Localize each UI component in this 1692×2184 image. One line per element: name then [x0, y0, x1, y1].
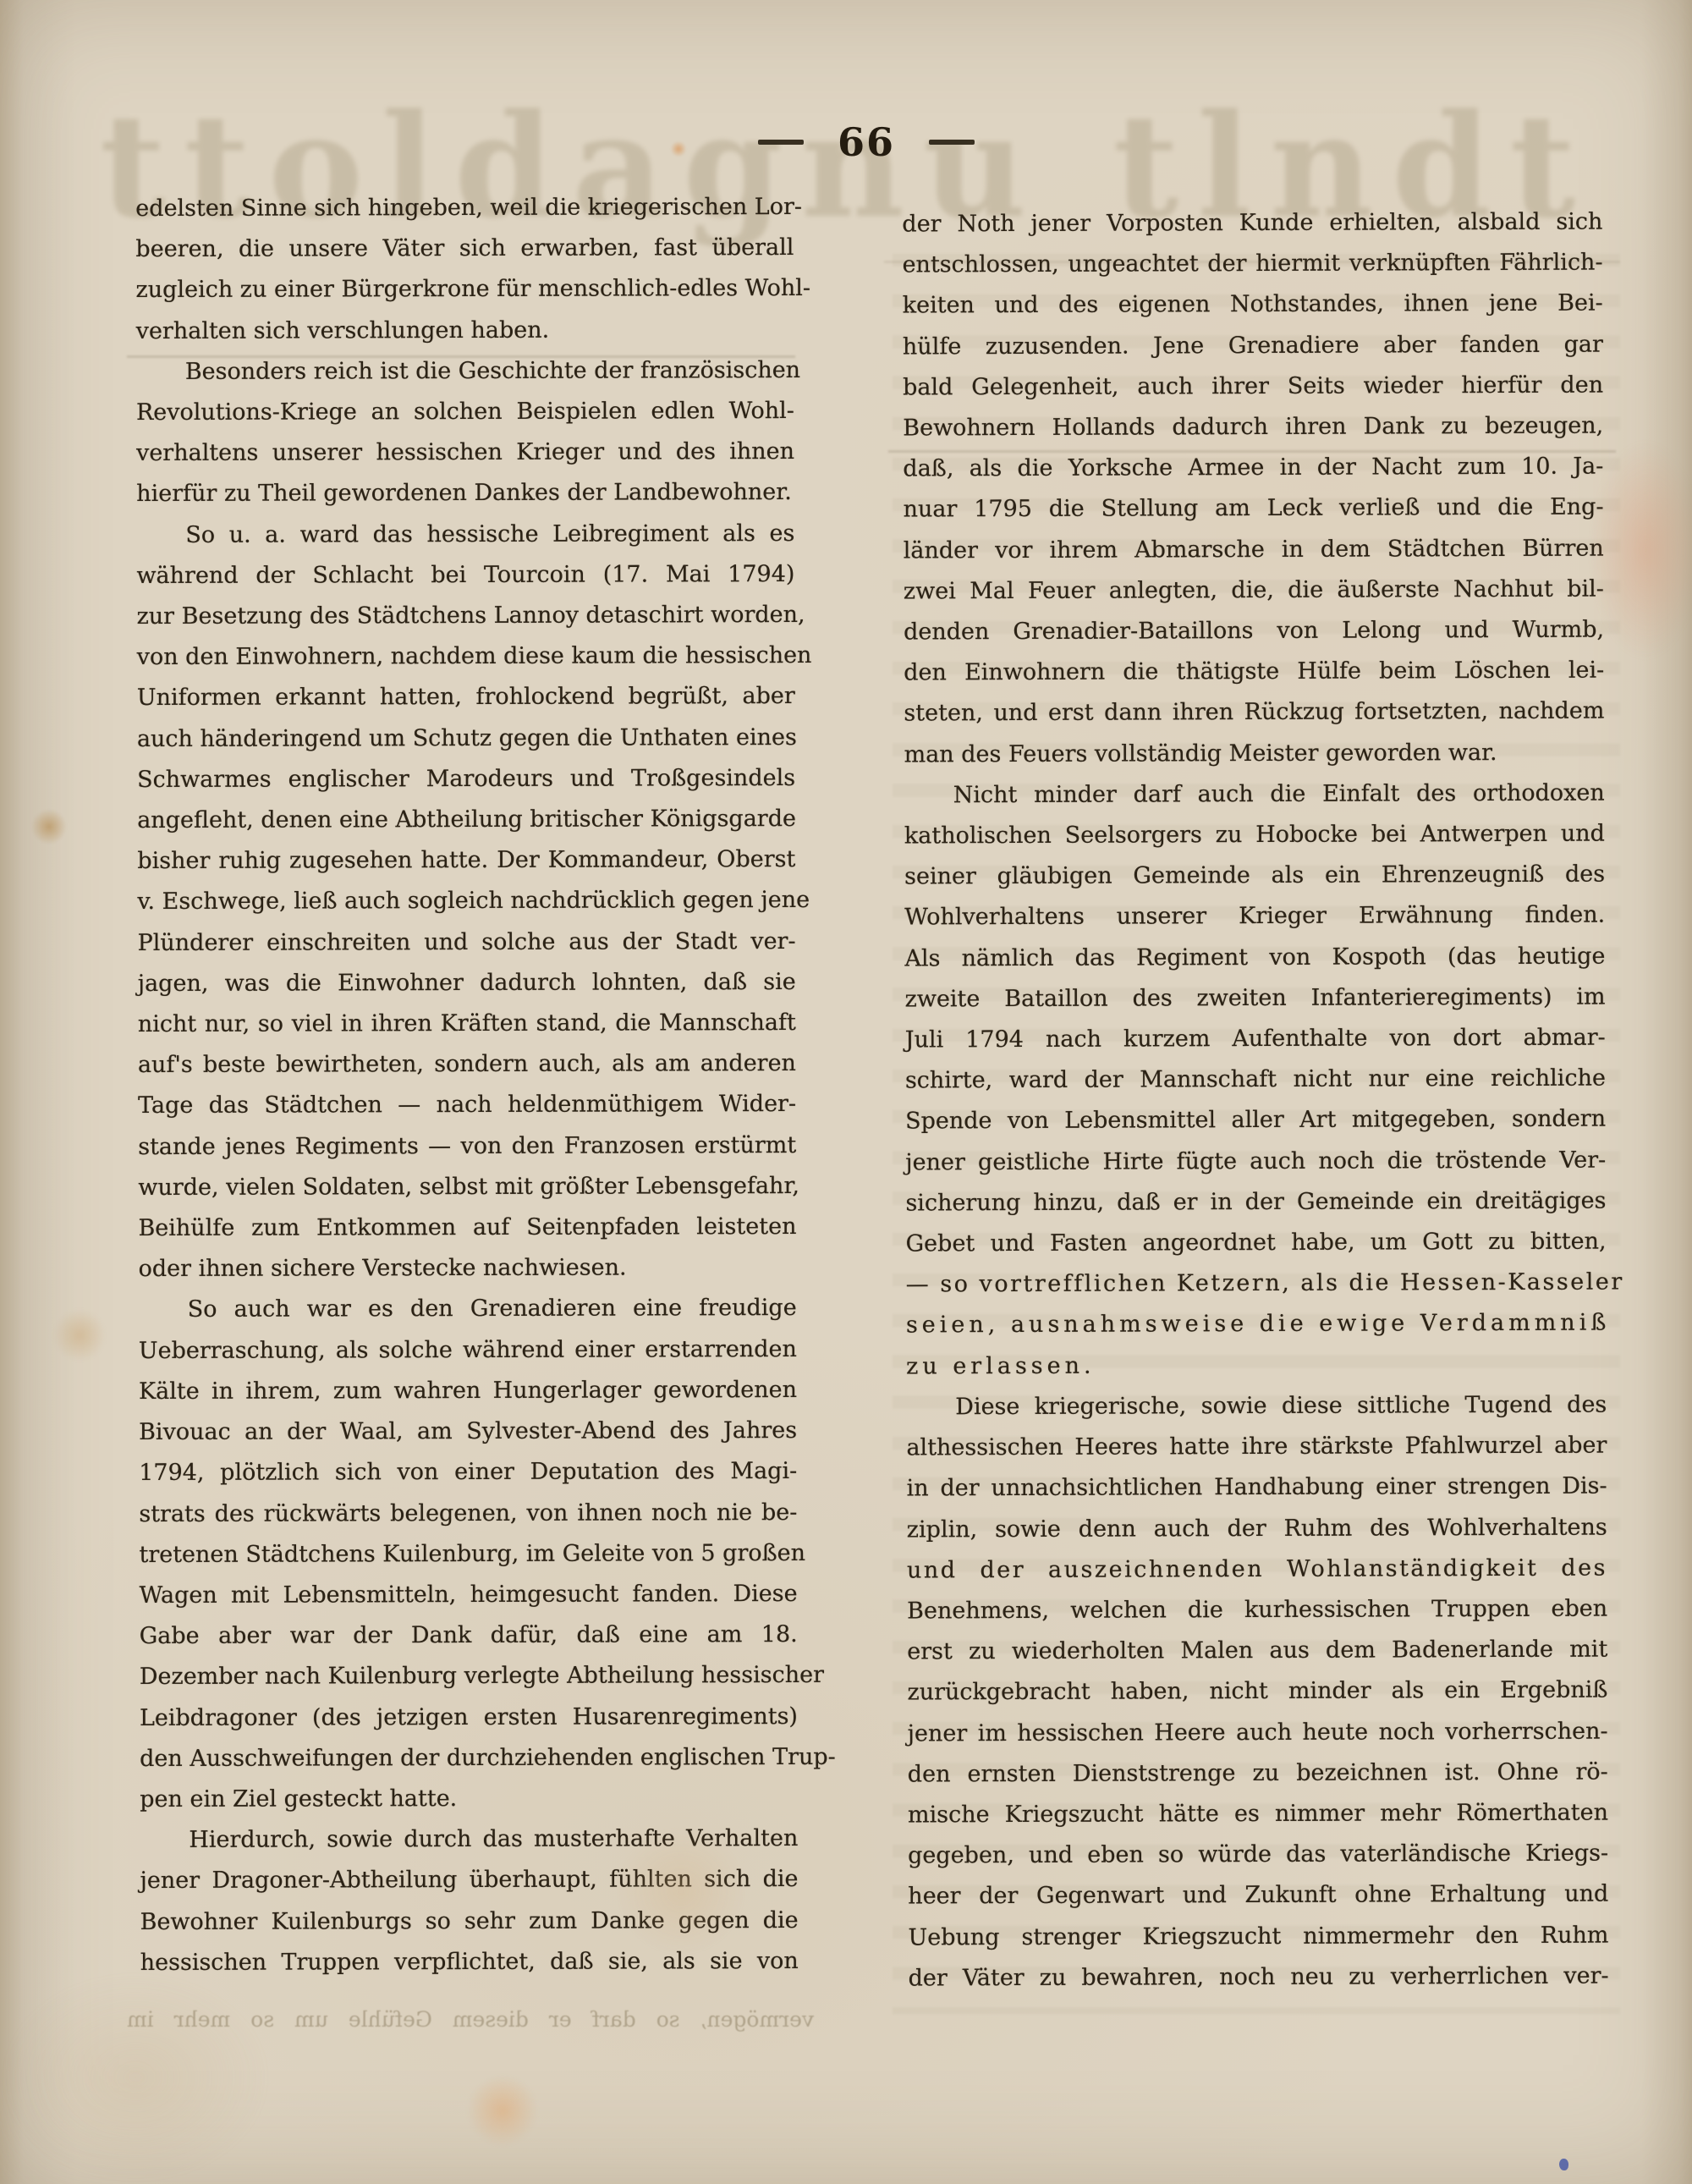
- text-line: Ueberraschung, als solche während einer …: [139, 1329, 797, 1372]
- text-line: denden Grenadier-Bataillons von Lelong u…: [904, 610, 1604, 653]
- text-line: mische Kriegszucht hätte es nimmer mehr …: [908, 1792, 1608, 1835]
- text-line: zu erlassen.: [906, 1344, 1607, 1387]
- text-line: jener Dragoner-Abtheilung überhaupt, füh…: [140, 1859, 798, 1901]
- text-line: in der unnachsichtlichen Handhabung eine…: [907, 1466, 1607, 1510]
- text-line: — so vortrefflichen Ketzern, als die Hes…: [906, 1263, 1607, 1306]
- text-line: Revolutions-Kriege an solchen Beispielen…: [136, 391, 794, 433]
- text-line: schirte, ward der Mannschaft nicht nur e…: [905, 1059, 1606, 1102]
- text-line: Benehmens, welchen die kurhessischen Tru…: [907, 1588, 1607, 1631]
- press-impression-line: [888, 450, 1616, 453]
- text-line: zugleich zu einer Bürgerkrone für mensch…: [135, 268, 794, 311]
- page-header: — 66 —: [20, 117, 1692, 168]
- text-line: den ernsten Dienststrenge zu bezeichnen …: [908, 1752, 1608, 1795]
- scanned-page: ttoldagnu tlndtatu M — 66 — edelsten Sin…: [0, 0, 1692, 2184]
- right-column: der Noth jener Vorposten Kunde erhielten…: [902, 202, 1608, 2000]
- text-line: ziplin, sowie denn auch der Ruhm des Woh…: [907, 1507, 1607, 1550]
- text-line: jener geistliche Hirte fügte auch noch d…: [905, 1140, 1606, 1183]
- paragraph: So u. a. ward das hessische Leibregiment…: [136, 514, 796, 1290]
- text-line: jener im hessischen Heere auch heute noc…: [908, 1711, 1608, 1754]
- text-line: angefleht, denen eine Abtheilung britisc…: [137, 799, 795, 841]
- text-line: den Einwohnern die thätigste Hülfe beim …: [904, 651, 1604, 694]
- text-line: auf's beste bewirtheten, sondern auch, a…: [138, 1043, 796, 1086]
- text-line: der Noth jener Vorposten Kunde erhielten…: [902, 202, 1602, 245]
- text-line: und der auszeichnenden Wohlanständigkeit…: [907, 1548, 1607, 1591]
- text-line: Diese kriegerische, sowie diese sittlich…: [906, 1384, 1607, 1428]
- left-column: edelsten Sinne sich hingeben, weil die k…: [135, 187, 799, 1983]
- paragraph: Besonders reich ist die Geschichte der f…: [136, 350, 795, 515]
- text-line: entschlossen, ungeachtet der hiermit ver…: [902, 243, 1602, 286]
- text-line: zurückgebracht haben, nicht minder als e…: [907, 1670, 1607, 1714]
- text-line: v. Eschwege, ließ auch sogleich nachdrüc…: [137, 880, 795, 922]
- text-line: sicherung hinzu, daß er in der Gemeinde …: [905, 1180, 1606, 1224]
- text-line: auch händeringend um Schutz gegen die Un…: [137, 718, 795, 760]
- paragraph: edelsten Sinne sich hingeben, weil die k…: [135, 187, 794, 352]
- text-line: Hierdurch, sowie durch das musterhafte V…: [140, 1818, 798, 1861]
- text-line: Tage das Städtchen — nach heldenmüthigem…: [138, 1084, 796, 1126]
- text-line: steten, und erst dann ihren Rückzug fort…: [904, 691, 1604, 734]
- text-line: tretenen Städtchens Kuilenburg, im Gelei…: [139, 1533, 797, 1576]
- text-line: erst zu wiederholten Malen aus dem Baden…: [907, 1630, 1607, 1673]
- text-line: Gabe aber war der Dank dafür, daß eine a…: [140, 1615, 798, 1657]
- text-line: So u. a. ward das hessische Leibregiment…: [136, 514, 794, 556]
- foxing-stain: [52, 1310, 107, 1361]
- text-line: bisher ruhig zugesehen hatte. Der Komman…: [137, 839, 795, 882]
- text-line: verhalten sich verschlungen haben.: [136, 310, 794, 352]
- text-line: der Väter zu bewahren, noch neu zu verhe…: [909, 1956, 1609, 1999]
- text-line: Beihülfe zum Entkommen auf Seitenpfaden …: [138, 1207, 796, 1249]
- foxing-stain: [0, 1972, 271, 2183]
- text-line: keiten und des eigenen Nothstandes, ihne…: [903, 283, 1603, 327]
- header-dash-left: —: [758, 140, 804, 145]
- text-line: althessischen Heeres hatte ihre stärkste…: [906, 1426, 1607, 1469]
- text-line: hierfür zu Theil gewordenen Dankes der L…: [136, 472, 794, 514]
- press-impression-line: [884, 261, 1620, 263]
- text-line: bald Gelegenheit, auch ihrer Seits wiede…: [903, 365, 1603, 408]
- text-line: pen ein Ziel gesteckt hatte.: [140, 1778, 798, 1820]
- text-line: Wagen mit Lebensmitteln, heimgesucht fan…: [140, 1574, 798, 1616]
- text-line: Juli 1794 nach kurzem Aufenthalte von do…: [905, 1018, 1606, 1061]
- text-line: Schwarmes englischer Marodeurs und Troßg…: [137, 758, 795, 800]
- paragraph: der Noth jener Vorposten Kunde erhielten…: [902, 202, 1604, 776]
- text-line: heer der Gegenwart und Zukunft ohne Erha…: [908, 1874, 1608, 1917]
- text-line: jagen, was die Einwohner dadurch lohnten…: [138, 962, 796, 1004]
- text-line: den Ausschweifungen der durchziehenden e…: [140, 1737, 798, 1780]
- text-line: zweite Bataillon des zweiten Infanterier…: [904, 976, 1605, 1020]
- press-impression-line: [127, 355, 795, 358]
- text-line: Spende von Lebensmittel aller Art mitgeg…: [905, 1099, 1606, 1142]
- paragraph: Diese kriegerische, sowie diese sittlich…: [906, 1384, 1609, 1999]
- paragraph: So auch war es den Grenadieren eine freu…: [139, 1288, 799, 1820]
- text-line: seien, ausnahmsweise die ewige Verdammni…: [906, 1303, 1607, 1346]
- text-line: edelsten Sinne sich hingeben, weil die k…: [135, 187, 794, 229]
- text-line: strats des rückwärts belegenen, von ihne…: [139, 1492, 797, 1534]
- text-line: während der Schlacht bei Tourcoin (17. M…: [136, 554, 794, 597]
- text-line: katholischen Seelsorgers zu Hobocke bei …: [904, 814, 1605, 857]
- text-line: zwei Mal Feuer anlegten, die, die äußers…: [904, 569, 1604, 612]
- text-line: Bewohnern Hollands dadurch ihren Dank zu…: [903, 406, 1603, 449]
- text-line: Wohlverhaltens unserer Krieger Erwähnung…: [904, 895, 1605, 938]
- text-line: nicht nur, so viel in ihren Kräften stan…: [138, 1003, 796, 1045]
- text-line: daß, als die Yorksche Armee in der Nacht…: [903, 447, 1603, 490]
- text-line: beeren, die unsere Väter sich erwarben, …: [135, 228, 794, 270]
- text-line: 1794, plötzlich sich von einer Deputatio…: [139, 1451, 797, 1494]
- text-line: hülfe zuzusenden. Jene Grenadiere aber f…: [903, 324, 1603, 367]
- foxing-stain: [1590, 440, 1692, 660]
- text-line: Bivouac an der Waal, am Sylvester-Abend …: [139, 1411, 797, 1453]
- blue-ink-dot: [1559, 2159, 1568, 2170]
- text-line: Plünderer einschreiten und solche aus de…: [137, 921, 795, 964]
- text-line: nuar 1795 die Stellung am Leck verließ u…: [903, 487, 1603, 531]
- text-line: länder vor ihrem Abmarsche in dem Städtc…: [904, 528, 1604, 571]
- text-line: Als nämlich das Regiment von Kospoth (da…: [904, 936, 1605, 979]
- foxing-stain: [467, 2075, 538, 2146]
- text-line: stande jenes Regiments — von den Franzos…: [138, 1125, 796, 1168]
- text-line: Leibdragoner (des jetzigen ersten Husare…: [140, 1696, 798, 1738]
- text-line: Kälte in ihrem, zum wahren Hungerlager g…: [139, 1370, 797, 1412]
- text-line: Bewohner Kuilenburgs so sehr zum Danke g…: [140, 1901, 799, 1943]
- text-line: seiner gläubigen Gemeinde als ein Ehrenz…: [904, 855, 1605, 898]
- text-line: Gebet und Fasten angeordnet habe, um Got…: [906, 1222, 1607, 1265]
- text-line: Nicht minder darf auch die Einfalt des o…: [904, 773, 1605, 816]
- page-number: 66: [838, 119, 895, 165]
- header-dash-right: —: [929, 140, 975, 145]
- paragraph: Hierdurch, sowie durch das musterhafte V…: [140, 1818, 799, 1983]
- text-line: gegeben, und eben so würde das vaterländ…: [908, 1834, 1608, 1877]
- text-line: hessischen Truppen verpflichtet, daß sie…: [140, 1941, 799, 1983]
- text-line: verhaltens unserer hessischen Krieger un…: [136, 432, 794, 474]
- text-line: Uniformen erkannt hatten, frohlockend be…: [137, 676, 795, 718]
- text-line: Dezember nach Kuilenburg verlegte Abthei…: [140, 1655, 798, 1697]
- text-line: oder ihnen sichere Verstecke nachwiesen.: [139, 1247, 797, 1290]
- text-line: zur Besetzung des Städtchens Lannoy deta…: [136, 595, 794, 637]
- text-line: von den Einwohnern, nachdem diese kaum d…: [137, 635, 795, 678]
- foxing-stain: [32, 808, 66, 845]
- text-line: So auch war es den Grenadieren eine freu…: [139, 1288, 797, 1330]
- text-line: man des Feuers vollständig Meister gewor…: [904, 732, 1604, 775]
- text-line: Uebung strenger Kriegszucht nimmermehr d…: [908, 1915, 1608, 1958]
- bleedthrough-mirrored-line: vermögen, so darf er diesem Gefühle um s…: [127, 2007, 814, 2032]
- text-line: wurde, vielen Soldaten, selbst mit größt…: [138, 1166, 796, 1208]
- paragraph: Nicht minder darf auch die Einfalt des o…: [904, 773, 1607, 1387]
